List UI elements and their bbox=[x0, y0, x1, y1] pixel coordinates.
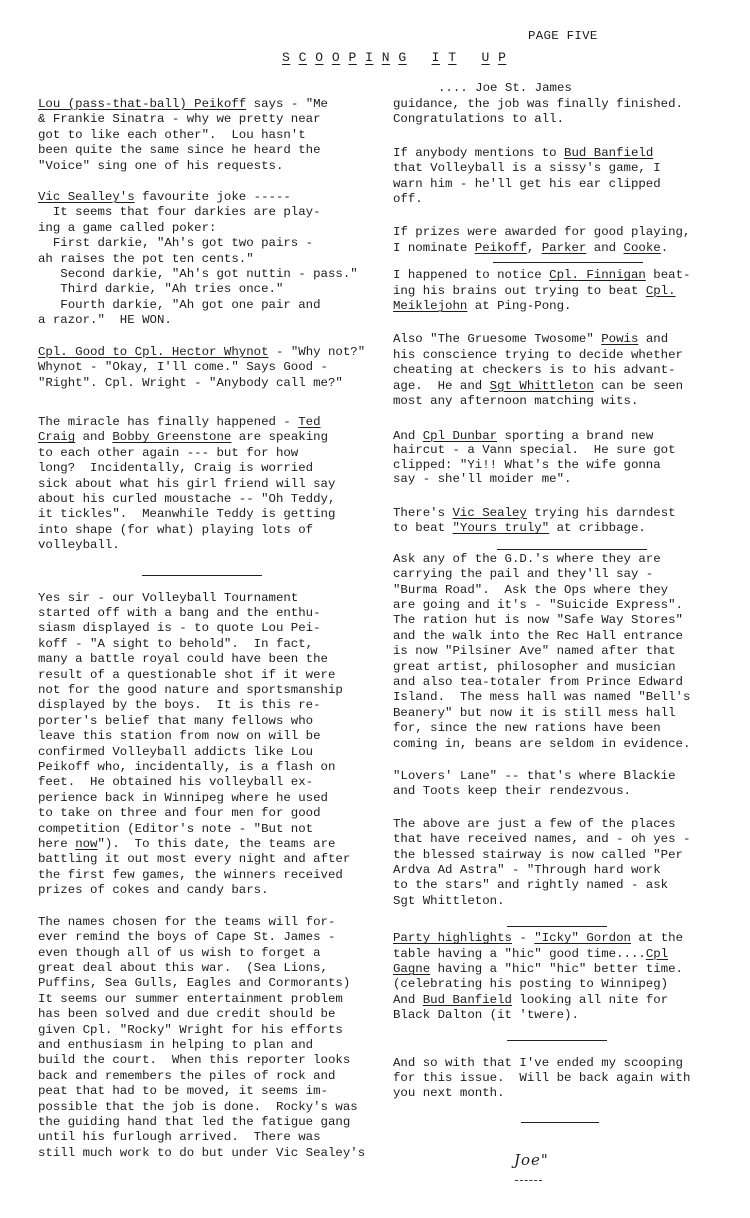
text-line: Third darkie, "Ah tries once." bbox=[38, 282, 388, 297]
text-line: got to like each other". Lou hasn't bbox=[38, 128, 388, 143]
text-line: and also tea-totaler from Prince Edward bbox=[393, 675, 743, 690]
title-letter: P bbox=[498, 50, 506, 65]
text-segment: his conscience trying to decide whether bbox=[393, 348, 683, 362]
text-segment: and also tea-totaler from Prince Edward bbox=[393, 675, 683, 689]
text-segment: here bbox=[38, 837, 75, 851]
text-segment: Sgt Whittleton. bbox=[393, 894, 505, 908]
text-line: long? Incidentally, Craig is worried bbox=[38, 461, 388, 476]
text-line: If anybody mentions to Bud Banfield bbox=[393, 146, 743, 161]
text-line: It seems our summer entertainment proble… bbox=[38, 992, 388, 1007]
text-segment: until his furlough arrived. There was bbox=[38, 1130, 321, 1144]
text-segment: warn him - he'll get his ear clipped bbox=[393, 177, 661, 191]
underlined-name: Ted bbox=[298, 415, 320, 429]
text-segment: peat that had to be moved, it seems im- bbox=[38, 1084, 328, 1098]
text-segment: - "Why not?" bbox=[269, 345, 366, 359]
text-line: the blessed stairway is now called "Per bbox=[393, 848, 743, 863]
text-line: I happened to notice Cpl. Finnigan beat- bbox=[393, 268, 743, 283]
text-line: great artist, philosopher and musician bbox=[393, 660, 743, 675]
underlined-name: Sgt Whittleton bbox=[490, 379, 594, 393]
text-segment: Peikoff who, incidentally, is a flash on bbox=[38, 760, 335, 774]
paragraph-gruesome-twosome: Also "The Gruesome Twosome" Powis andhis… bbox=[393, 332, 743, 409]
text-line: to take on three and four men for good bbox=[38, 806, 388, 821]
text-segment: Puffins, Sea Gulls, Eagles and Cormorant… bbox=[38, 976, 350, 990]
text-line: most any afternoon matching wits. bbox=[393, 394, 743, 409]
text-line: Puffins, Sea Gulls, Eagles and Cormorant… bbox=[38, 976, 388, 991]
text-line: Second darkie, "Ah's got nuttin - pass." bbox=[38, 267, 388, 282]
text-line: into shape (for what) playing lots of bbox=[38, 523, 388, 538]
text-line: Ardva Ad Astra" - "Through hard work bbox=[393, 863, 743, 878]
text-segment: prizes of cokes and candy bars. bbox=[38, 883, 269, 897]
text-segment: the blessed stairway is now called "Per bbox=[393, 848, 683, 862]
text-segment: "Right". Cpl. Wright - "Anybody call me?… bbox=[38, 376, 343, 390]
text-line: that Volleyball is a sissy's game, I bbox=[393, 161, 743, 176]
text-line: clipped: "Yi!! What's the wife gonna bbox=[393, 458, 743, 473]
text-line: Whynot - "Okay, I'll come." Says Good - bbox=[38, 360, 388, 375]
text-segment: into shape (for what) playing lots of bbox=[38, 523, 313, 537]
text-segment: Island. The mess hall was named "Bell's bbox=[393, 690, 690, 704]
text-line: it tickles". Meanwhile Teddy is getting bbox=[38, 507, 388, 522]
text-segment: volleyball. bbox=[38, 538, 120, 552]
underlined-name: Cpl Dunbar bbox=[423, 429, 497, 443]
text-segment: And so with that I've ended my scooping bbox=[393, 1056, 683, 1070]
text-line: Gagne having a "hic" "hic" better time. bbox=[393, 962, 743, 977]
text-line: (celebrating his posting to Winnipeg) bbox=[393, 977, 743, 992]
underlined-name: Lou (pass-that-ball) Peikoff bbox=[38, 97, 246, 111]
text-line: feet. He obtained his volleyball ex- bbox=[38, 775, 388, 790]
text-segment: There's bbox=[393, 506, 453, 520]
title-letter: P bbox=[349, 50, 357, 65]
text-line: & Frankie Sinatra - why we pretty near bbox=[38, 112, 388, 127]
text-segment: it tickles". Meanwhile Teddy is getting bbox=[38, 507, 335, 521]
underlined-name: Bud Banfield bbox=[564, 146, 653, 160]
text-line: started off with a bang and the enthu- bbox=[38, 606, 388, 621]
underlined-name: Powis bbox=[601, 332, 638, 346]
text-segment: If anybody mentions to bbox=[393, 146, 564, 160]
text-line: I nominate Peikoff, Parker and Cooke. bbox=[393, 241, 743, 256]
text-segment: age. He and bbox=[393, 379, 490, 393]
text-line: battling it out most every night and aft… bbox=[38, 852, 388, 867]
paragraph-favourite-joke: Vic Sealley's favourite joke ----- It se… bbox=[38, 190, 388, 329]
paragraph-place-names: Ask any of the G.D.'s where they arecarr… bbox=[393, 552, 743, 752]
text-segment: for, since the new rations have been bbox=[393, 721, 661, 735]
text-segment: guidance, the job was finally finished. bbox=[393, 97, 683, 111]
text-segment: great deal about this war. (Sea Lions, bbox=[38, 961, 328, 975]
text-segment: And bbox=[393, 429, 423, 443]
text-segment: can be seen bbox=[594, 379, 683, 393]
title-letter: U bbox=[481, 50, 489, 65]
text-line: Craig and Bobby Greenstone are speaking bbox=[38, 430, 388, 445]
text-line: porter's belief that many fellows who bbox=[38, 714, 388, 729]
text-segment: & Frankie Sinatra - why we pretty near bbox=[38, 112, 321, 126]
text-segment: says - "Me bbox=[246, 97, 328, 111]
text-segment: ing his brains out trying to beat bbox=[393, 284, 646, 298]
text-line: peat that had to be moved, it seems im- bbox=[38, 1084, 388, 1099]
text-segment: I nominate bbox=[393, 241, 475, 255]
text-line: "Voice" sing one of his requests. bbox=[38, 159, 388, 174]
text-line: coming in, beans are seldom in evidence. bbox=[393, 737, 743, 752]
text-line: ing a game called poker: bbox=[38, 221, 388, 236]
text-line: prizes of cokes and candy bars. bbox=[38, 883, 388, 898]
text-line: until his furlough arrived. There was bbox=[38, 1130, 388, 1145]
text-line: been quite the same since he heard the bbox=[38, 143, 388, 158]
underlined-name: Cooke bbox=[624, 241, 661, 255]
text-line: The ration hut is now "Safe Way Stores" bbox=[393, 613, 743, 628]
underlined-name: Cpl. Good to Cpl. Hector Whynot bbox=[38, 345, 269, 359]
text-segment: got to like each other". Lou hasn't bbox=[38, 128, 306, 142]
text-segment: many a battle royal could have been the bbox=[38, 652, 328, 666]
text-segment: to beat bbox=[393, 521, 453, 535]
text-segment: build the court. When this reporter look… bbox=[38, 1053, 350, 1067]
text-segment: "). To this date, the teams are bbox=[98, 837, 336, 851]
text-segment: carrying the pail and they'll say - bbox=[393, 567, 653, 581]
underlined-name: Peikoff bbox=[475, 241, 527, 255]
text-segment: . bbox=[661, 241, 668, 255]
text-segment: "Lovers' Lane" -- that's where Blackie bbox=[393, 769, 676, 783]
text-segment: looking all nite for bbox=[512, 993, 668, 1007]
byline: .... Joe St. James bbox=[438, 81, 572, 96]
text-line: "Right". Cpl. Wright - "Anybody call me?… bbox=[38, 376, 388, 391]
text-segment: If prizes were awarded for good playing, bbox=[393, 225, 690, 239]
underlined-name: Bobby Greenstone bbox=[112, 430, 231, 444]
text-line: ah raises the pot ten cents." bbox=[38, 252, 388, 267]
left-column: Lou (pass-that-ball) Peikoff says - "Me&… bbox=[38, 97, 388, 1161]
text-line: are going and it's - "Suicide Express". bbox=[393, 598, 743, 613]
text-line: Island. The mess hall was named "Bell's bbox=[393, 690, 743, 705]
text-line: Vic Sealley's favourite joke ----- bbox=[38, 190, 388, 205]
text-segment: having a "hic" "hic" better time. bbox=[430, 962, 683, 976]
text-line: not for the good nature and sportsmanshi… bbox=[38, 683, 388, 698]
text-line: and the walk into the Rec Hall entrance bbox=[393, 629, 743, 644]
text-segment: at Ping-Pong. bbox=[467, 299, 571, 313]
text-segment: perience back in Winnipeg where he used bbox=[38, 791, 328, 805]
text-segment: clipped: "Yi!! What's the wife gonna bbox=[393, 458, 661, 472]
text-line: and enthusiasm in helping to plan and bbox=[38, 1038, 388, 1053]
text-line: the first few games, the winners receive… bbox=[38, 868, 388, 883]
right-column: guidance, the job was finally finished.C… bbox=[393, 97, 743, 1123]
underlined-name: Meiklejohn bbox=[393, 299, 467, 313]
text-segment: back and remembers the piles of rock and bbox=[38, 1069, 335, 1083]
paragraph-team-names: The names chosen for the teams will for-… bbox=[38, 915, 388, 1162]
text-segment: ing a game called poker: bbox=[38, 221, 216, 235]
paragraph-volleyball-tournament: Yes sir - our Volleyball Tournamentstart… bbox=[38, 591, 388, 899]
text-segment: "Voice" sing one of his requests. bbox=[38, 159, 283, 173]
text-segment: ever remind the boys of Cape St. James - bbox=[38, 930, 335, 944]
text-segment: And bbox=[393, 993, 423, 1007]
text-line: Congratulations to all. bbox=[393, 112, 743, 127]
text-segment: and the walk into the Rec Hall entrance bbox=[393, 629, 683, 643]
paragraph-cpl-dunbar: And Cpl Dunbar sporting a brand newhairc… bbox=[393, 429, 743, 487]
text-segment: Congratulations to all. bbox=[393, 112, 564, 126]
text-segment: Also "The Gruesome Twosome" bbox=[393, 332, 601, 346]
title-letter: O bbox=[315, 50, 323, 65]
text-line: Ask any of the G.D.'s where they are bbox=[393, 552, 743, 567]
text-segment: The ration hut is now "Safe Way Stores" bbox=[393, 613, 683, 627]
text-segment: sick about what his girl friend will say bbox=[38, 477, 335, 491]
underlined-name: Bud Banfield bbox=[423, 993, 512, 1007]
text-line: "Lovers' Lane" -- that's where Blackie bbox=[393, 769, 743, 784]
text-line: still much work to do but under Vic Seal… bbox=[38, 1146, 388, 1161]
underlined-name: Parker bbox=[542, 241, 587, 255]
underlined-name: Craig bbox=[38, 430, 75, 444]
text-segment: favourite joke ----- bbox=[135, 190, 291, 204]
text-line: First darkie, "Ah's got two pairs - bbox=[38, 236, 388, 251]
text-line: Party highlights - "Icky" Gordon at the bbox=[393, 931, 743, 946]
text-line: to the stars" and rightly named - ask bbox=[393, 878, 743, 893]
text-segment: are speaking bbox=[231, 430, 328, 444]
text-line: haircut - a Vann special. He sure got bbox=[393, 443, 743, 458]
text-segment: coming in, beans are seldom in evidence. bbox=[393, 737, 690, 751]
text-segment: great artist, philosopher and musician bbox=[393, 660, 676, 674]
text-line: sick about what his girl friend will say bbox=[38, 477, 388, 492]
text-segment: to the stars" and rightly named - ask bbox=[393, 878, 668, 892]
text-line: that have received names, and - oh yes - bbox=[393, 832, 743, 847]
text-segment: still much work to do but under Vic Seal… bbox=[38, 1146, 365, 1160]
text-segment: Black Dalton (it 'twere). bbox=[393, 1008, 579, 1022]
text-segment: I happened to notice bbox=[393, 268, 549, 282]
text-segment: Whynot - "Okay, I'll come." Says Good - bbox=[38, 360, 328, 374]
text-segment: feet. He obtained his volleyball ex- bbox=[38, 775, 313, 789]
text-segment: the first few games, the winners receive… bbox=[38, 868, 343, 882]
text-segment: has been solved and due credit should be bbox=[38, 1007, 335, 1021]
paragraph-stairway: The above are just a few of the placesth… bbox=[393, 817, 743, 909]
text-segment: The above are just a few of the places bbox=[393, 817, 676, 831]
text-segment: is now "Pilsiner Ave" named after that bbox=[393, 644, 676, 658]
text-segment: table having a "hic" good time.... bbox=[393, 947, 646, 961]
paragraph-bud-banfield: If anybody mentions to Bud Banfieldthat … bbox=[393, 146, 743, 208]
text-line: say - she'll moider me". bbox=[393, 472, 743, 487]
text-line: Black Dalton (it 'twere). bbox=[393, 1008, 743, 1023]
text-line: given Cpl. "Rocky" Wright for his effort… bbox=[38, 1023, 388, 1038]
text-segment: beat- bbox=[646, 268, 691, 282]
paragraph-peikoff-sinatra: Lou (pass-that-ball) Peikoff says - "Me&… bbox=[38, 97, 388, 174]
text-segment: result of a questionable shot if it were bbox=[38, 668, 335, 682]
text-segment: confirmed Volleyball addicts like Lou bbox=[38, 745, 313, 759]
text-line: perience back in Winnipeg where he used bbox=[38, 791, 388, 806]
text-line: you next month. bbox=[393, 1086, 743, 1101]
text-line: If prizes were awarded for good playing, bbox=[393, 225, 743, 240]
text-segment: the guiding hand that led the fatigue ga… bbox=[38, 1115, 350, 1129]
text-segment: to take on three and four men for good bbox=[38, 806, 321, 820]
text-segment: given Cpl. "Rocky" Wright for his effort… bbox=[38, 1023, 343, 1037]
text-segment: Beanery" but now it is still mess hall bbox=[393, 706, 676, 720]
underlined-name: now bbox=[75, 837, 97, 851]
text-line: Cpl. Good to Cpl. Hector Whynot - "Why n… bbox=[38, 345, 388, 360]
text-line: to each other again --- but for how bbox=[38, 446, 388, 461]
text-line: the guiding hand that led the fatigue ga… bbox=[38, 1115, 388, 1130]
text-segment: Yes sir - our Volleyball Tournament bbox=[38, 591, 298, 605]
title-letter: T bbox=[448, 50, 456, 65]
text-line: competition (Editor's note - "But not bbox=[38, 822, 388, 837]
text-segment: sporting a brand new bbox=[497, 429, 653, 443]
text-line: result of a questionable shot if it were bbox=[38, 668, 388, 683]
text-segment: long? Incidentally, Craig is worried bbox=[38, 461, 313, 475]
underlined-name: Vic Sealey bbox=[453, 506, 527, 520]
text-segment: you next month. bbox=[393, 1086, 505, 1100]
text-line: about his curled moustache -- "Oh Teddy, bbox=[38, 492, 388, 507]
text-segment: to each other again --- but for how bbox=[38, 446, 298, 460]
text-line: The names chosen for the teams will for- bbox=[38, 915, 388, 930]
text-line: And Bud Banfield looking all nite for bbox=[393, 993, 743, 1008]
text-segment: Ask any of the G.D.'s where they are bbox=[393, 552, 661, 566]
text-line: ever remind the boys of Cape St. James - bbox=[38, 930, 388, 945]
text-line: and Toots keep their rendezvous. bbox=[393, 784, 743, 799]
underlined-name: Cpl. bbox=[646, 284, 676, 298]
text-segment: competition (Editor's note - "But not bbox=[38, 822, 313, 836]
text-segment: are going and it's - "Suicide Express". bbox=[393, 598, 683, 612]
text-line: Sgt Whittleton. bbox=[393, 894, 743, 909]
text-line: is now "Pilsiner Ave" named after that bbox=[393, 644, 743, 659]
paragraph-guidance: guidance, the job was finally finished.C… bbox=[393, 97, 743, 128]
text-line: confirmed Volleyball addicts like Lou bbox=[38, 745, 388, 760]
text-line: for, since the new rations have been bbox=[393, 721, 743, 736]
underlined-name: Vic Sealley's bbox=[38, 190, 135, 204]
text-segment: siasm displayed is - to quote Lou Pei- bbox=[38, 621, 321, 635]
text-line: his conscience trying to decide whether bbox=[393, 348, 743, 363]
text-segment: off. bbox=[393, 192, 423, 206]
page-title: S C O O P I N G I T U P bbox=[282, 50, 506, 65]
text-line: has been solved and due credit should be bbox=[38, 1007, 388, 1022]
text-line: a razor." HE WON. bbox=[38, 313, 388, 328]
underlined-name: Gagne bbox=[393, 962, 430, 976]
text-line: to beat "Yours truly" at cribbage. bbox=[393, 521, 743, 536]
text-line: great deal about this war. (Sea Lions, bbox=[38, 961, 388, 976]
text-segment: First darkie, "Ah's got two pairs - bbox=[38, 236, 313, 250]
text-line: Yes sir - our Volleyball Tournament bbox=[38, 591, 388, 606]
paragraph-ping-pong: I happened to notice Cpl. Finnigan beat-… bbox=[393, 268, 743, 314]
text-line: volleyball. bbox=[38, 538, 388, 553]
title-letter: S bbox=[282, 50, 290, 65]
text-segment: Third darkie, "Ah tries once." bbox=[38, 282, 283, 296]
text-line: ing his brains out trying to beat Cpl. bbox=[393, 284, 743, 299]
signature-underline bbox=[515, 1180, 542, 1181]
text-line: guidance, the job was finally finished. bbox=[393, 97, 743, 112]
text-segment: and enthusiasm in helping to plan and bbox=[38, 1038, 313, 1052]
text-line: Fourth darkie, "Ah got one pair and bbox=[38, 298, 388, 313]
text-line: The miracle has finally happened - Ted bbox=[38, 415, 388, 430]
text-segment: that have received names, and - oh yes - bbox=[393, 832, 690, 846]
paragraph-miracle: The miracle has finally happened - TedCr… bbox=[38, 415, 388, 554]
text-segment: not for the good nature and sportsmanshi… bbox=[38, 683, 343, 697]
paragraph-cpl-good: Cpl. Good to Cpl. Hector Whynot - "Why n… bbox=[38, 345, 388, 391]
paragraph-lovers-lane: "Lovers' Lane" -- that's where Blackiean… bbox=[393, 769, 743, 800]
text-line: back and remembers the piles of rock and bbox=[38, 1069, 388, 1084]
text-line: carrying the pail and they'll say - bbox=[393, 567, 743, 582]
text-segment: ah raises the pot ten cents." bbox=[38, 252, 254, 266]
title-letter: I bbox=[365, 50, 373, 65]
paragraph-closing: And so with that I've ended my scoopingf… bbox=[393, 1056, 743, 1102]
text-line: even though all of us wish to forget a bbox=[38, 946, 388, 961]
title-letter: O bbox=[332, 50, 340, 65]
text-line: age. He and Sgt Whittleton can be seen bbox=[393, 379, 743, 394]
text-segment: Ardva Ad Astra" - "Through hard work bbox=[393, 863, 661, 877]
text-segment: - bbox=[512, 931, 534, 945]
text-line: siasm displayed is - to quote Lou Pei- bbox=[38, 621, 388, 636]
paragraph-party-highlights: Party highlights - "Icky" Gordon at thet… bbox=[393, 931, 743, 1023]
text-line: The above are just a few of the places bbox=[393, 817, 743, 832]
text-segment: It seems that four darkies are play- bbox=[38, 205, 321, 219]
text-segment: a razor." HE WON. bbox=[38, 313, 172, 327]
text-segment: displayed by the boys. It is this re- bbox=[38, 698, 321, 712]
text-segment: that Volleyball is a sissy's game, I bbox=[393, 161, 661, 175]
text-segment: trying his darndest bbox=[527, 506, 676, 520]
text-segment: at cribbage. bbox=[549, 521, 646, 535]
text-segment: The miracle has finally happened - bbox=[38, 415, 298, 429]
text-segment: and bbox=[586, 241, 623, 255]
page-number: PAGE FIVE bbox=[528, 29, 598, 44]
text-segment: most any afternoon matching wits. bbox=[393, 394, 638, 408]
text-line: table having a "hic" good time....Cpl bbox=[393, 947, 743, 962]
text-line: Peikoff who, incidentally, is a flash on bbox=[38, 760, 388, 775]
text-segment: at the bbox=[631, 931, 683, 945]
text-segment: battling it out most every night and aft… bbox=[38, 852, 350, 866]
underlined-name: Party highlights bbox=[393, 931, 512, 945]
text-segment: haircut - a Vann special. He sure got bbox=[393, 443, 676, 457]
paragraph-prizes: If prizes were awarded for good playing,… bbox=[393, 225, 743, 256]
text-segment: started off with a bang and the enthu- bbox=[38, 606, 321, 620]
text-line: And Cpl Dunbar sporting a brand new bbox=[393, 429, 743, 444]
text-line: Meiklejohn at Ping-Pong. bbox=[393, 299, 743, 314]
text-line: warn him - he'll get his ear clipped bbox=[393, 177, 743, 192]
text-segment: Fourth darkie, "Ah got one pair and bbox=[38, 298, 321, 312]
text-segment: , bbox=[527, 241, 542, 255]
text-line: off. bbox=[393, 192, 743, 207]
text-line: for this issue. Will be back again with bbox=[393, 1071, 743, 1086]
text-segment: say - she'll moider me". bbox=[393, 472, 571, 486]
title-letter: C bbox=[299, 50, 307, 65]
section-divider bbox=[521, 1122, 599, 1123]
title-letter: I bbox=[432, 50, 440, 65]
text-line: Also "The Gruesome Twosome" Powis and bbox=[393, 332, 743, 347]
text-line: And so with that I've ended my scooping bbox=[393, 1056, 743, 1071]
title-letter: G bbox=[398, 50, 406, 65]
text-segment: cheating at checkers is to his advant- bbox=[393, 363, 676, 377]
text-segment: and bbox=[638, 332, 668, 346]
text-line: cheating at checkers is to his advant- bbox=[393, 363, 743, 378]
text-line: here now"). To this date, the teams are bbox=[38, 837, 388, 852]
text-line: build the court. When this reporter look… bbox=[38, 1053, 388, 1068]
text-segment: "Burma Road". Ask the Ops where they bbox=[393, 583, 668, 597]
signature: Joe" bbox=[514, 1153, 549, 1168]
text-line: It seems that four darkies are play- bbox=[38, 205, 388, 220]
text-line: leave this station from now on will be bbox=[38, 729, 388, 744]
text-segment: (celebrating his posting to Winnipeg) bbox=[393, 977, 668, 991]
underlined-name: "Yours truly" bbox=[453, 521, 550, 535]
text-segment: and bbox=[75, 430, 112, 444]
text-line: many a battle royal could have been the bbox=[38, 652, 388, 667]
title-letter: N bbox=[382, 50, 390, 65]
text-segment: porter's belief that many fellows who bbox=[38, 714, 313, 728]
text-segment: koff - "A sight to behold". In fact, bbox=[38, 637, 313, 651]
text-segment: even though all of us wish to forget a bbox=[38, 946, 321, 960]
text-segment: The names chosen for the teams will for- bbox=[38, 915, 335, 929]
paragraph-vic-sealey: There's Vic Sealey trying his darndestto… bbox=[393, 506, 743, 537]
text-line: koff - "A sight to behold". In fact, bbox=[38, 637, 388, 652]
underlined-name: Cpl bbox=[646, 947, 668, 961]
text-line: possible that the job is done. Rocky's w… bbox=[38, 1100, 388, 1115]
text-segment: It seems our summer entertainment proble… bbox=[38, 992, 343, 1006]
text-line: Lou (pass-that-ball) Peikoff says - "Me bbox=[38, 97, 388, 112]
text-segment: Second darkie, "Ah's got nuttin - pass." bbox=[38, 267, 358, 281]
text-segment: about his curled moustache -- "Oh Teddy, bbox=[38, 492, 335, 506]
underlined-name: "Icky" Gordon bbox=[534, 931, 631, 945]
text-segment: and Toots keep their rendezvous. bbox=[393, 784, 631, 798]
text-line: There's Vic Sealey trying his darndest bbox=[393, 506, 743, 521]
text-line: "Burma Road". Ask the Ops where they bbox=[393, 583, 743, 598]
text-segment: possible that the job is done. Rocky's w… bbox=[38, 1100, 358, 1114]
text-segment: leave this station from now on will be bbox=[38, 729, 321, 743]
underlined-name: Cpl. Finnigan bbox=[549, 268, 646, 282]
text-segment: for this issue. Will be back again with bbox=[393, 1071, 690, 1085]
